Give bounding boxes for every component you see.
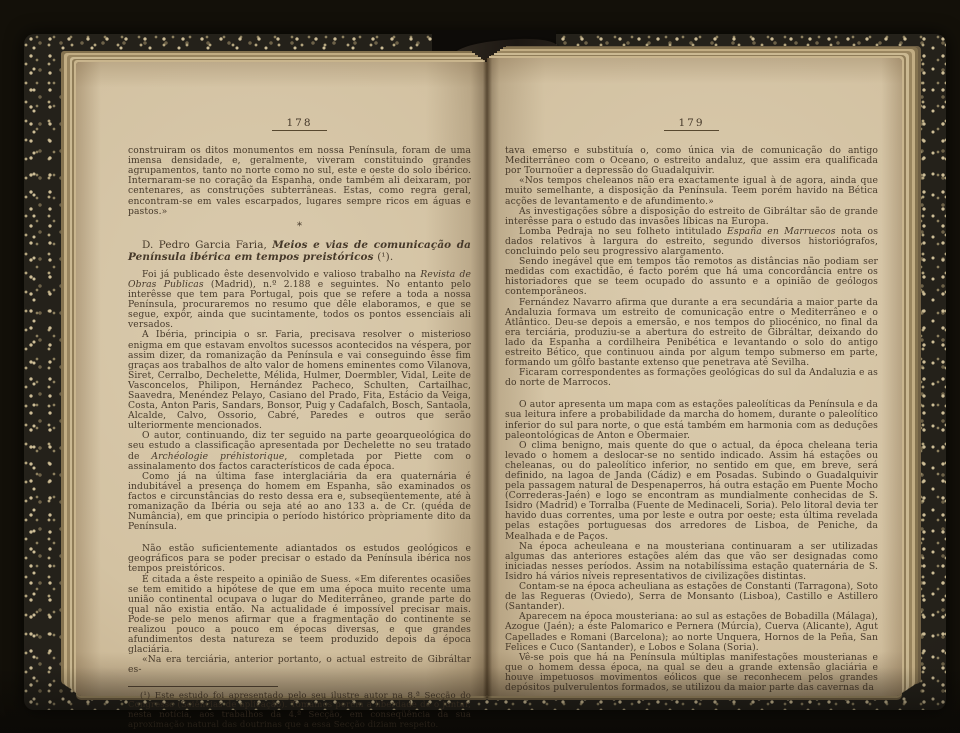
left-page: 178 construiram os ditos monumentos em n… xyxy=(76,62,487,696)
paragraph: Como já na última fase interglaciária da… xyxy=(128,472,471,533)
paragraph: Lomba Pedraja no seu folheto intitulado … xyxy=(505,227,878,257)
heading-footnote-ref: (¹). xyxy=(377,251,393,263)
footnote-rule xyxy=(128,686,278,687)
paragraph: As investigações sôbre a disposição do e… xyxy=(505,207,878,227)
paragraph: Foi já publicado êste desenvolvido e val… xyxy=(128,270,471,331)
paragraph: tava emerso e substituía o, como única v… xyxy=(505,146,878,176)
page-number-right: 179 xyxy=(664,118,718,131)
right-page: 179 tava emerso e substituía o, como úni… xyxy=(487,58,902,696)
page-gutter-shadow xyxy=(483,58,492,698)
page-number-left: 178 xyxy=(272,118,326,131)
work-title-heading: D. Pedro Garcia Faria, Meios e vias de c… xyxy=(128,239,471,263)
paragraph: «Nos tempos cheleanos não era exactament… xyxy=(505,176,878,206)
heading-author: D. Pedro Garcia Faria, xyxy=(142,239,272,251)
page-number-right-wrap: 179 xyxy=(505,118,878,131)
paragraph: Fernández Navarro afirma que durante a e… xyxy=(505,298,878,369)
left-page-content: 178 construiram os ditos monumentos em n… xyxy=(128,118,471,730)
book-scan-scene: 178 construiram os ditos monumentos em n… xyxy=(0,0,960,733)
paragraph: Contam-se na época acheuliana as estaçõe… xyxy=(505,582,878,612)
paragraph: É citada a êste respeito a opinião de Su… xyxy=(128,575,471,656)
paragraph: construiram os ditos monumentos em nossa… xyxy=(128,146,471,217)
footnote: (¹) Este estudo foi apresentado pelo seu… xyxy=(128,692,471,731)
paragraph: Aparecem na época mousteriana: ao sul as… xyxy=(505,612,878,652)
paragraph: Vê-se pois que há na Península múltiplas… xyxy=(505,653,878,693)
paragraph: Na época acheuleana e na mousteriana con… xyxy=(505,542,878,582)
paragraph: A Ibéria, principia o sr. Faria, precisa… xyxy=(128,330,471,431)
paragraph: O clima benigno, mais quente do que o ac… xyxy=(505,441,878,542)
right-page-content: 179 tava emerso e substituía o, como úni… xyxy=(505,118,878,693)
paragraph: «Na era terciária, anterior portanto, o … xyxy=(128,655,471,675)
paragraph: Sendo inegável que em tempos tão remotos… xyxy=(505,257,878,297)
section-separator-star: * xyxy=(128,222,471,232)
page-number-left-wrap: 178 xyxy=(128,118,471,131)
paragraph: Não estão suficientemente adiantados os … xyxy=(128,544,471,574)
paragraph: Ficaram correspondentes as formações geo… xyxy=(505,368,878,388)
paragraph: O autor apresenta um mapa com as estaçõe… xyxy=(505,400,878,440)
paragraph: O autor, continuando, diz ter seguido na… xyxy=(128,431,471,471)
